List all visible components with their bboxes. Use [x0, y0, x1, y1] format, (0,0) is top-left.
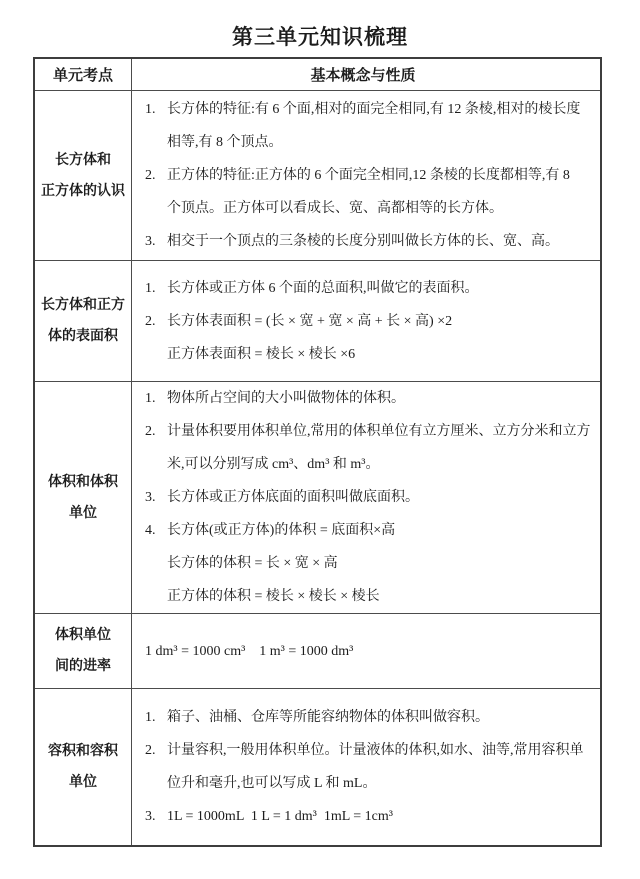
content-line: 1.箱子、油桶、仓库等所能容纳物体的体积叫做容积。 — [145, 701, 594, 734]
line-text: 长方体或正方体 6 个面的总面积,叫做它的表面积。 — [167, 281, 479, 296]
topic-line: 正方体的认识 — [41, 176, 125, 207]
page-title: 第三单元知识梳理 — [0, 0, 640, 50]
content-line: 个顶点。正方体可以看成长、宽、高都相等的长方体。 — [145, 192, 594, 225]
line-marker: 1. — [145, 93, 167, 126]
content-line: 2.计量容积,一般用体积单位。计量液体的体积,如水、油等,常用容积单 — [145, 734, 594, 767]
content-cell: 1.长方体或正方体 6 个面的总面积,叫做它的表面积。 2.长方体表面积 = (… — [132, 261, 600, 381]
content-line: 1 dm³ = 1000 cm³ 1 m³ = 1000 dm³ — [145, 635, 594, 668]
line-marker: 1. — [145, 272, 167, 305]
line-marker: 3. — [145, 481, 167, 514]
table-row: 容积和容积 单位 1.箱子、油桶、仓库等所能容纳物体的体积叫做容积。 2.计量容… — [35, 688, 600, 845]
line-marker: 2. — [145, 159, 167, 192]
content-line: 3.长方体或正方体底面的面积叫做底面积。 — [145, 481, 594, 514]
line-marker: 2. — [145, 415, 167, 448]
table-header-row: 单元考点 基本概念与性质 — [35, 59, 600, 90]
topic-line: 单位 — [69, 767, 97, 798]
line-text: 正方体表面积 = 棱长 × 棱长 ×6 — [167, 347, 355, 362]
line-text: 正方体的特征:正方体的 6 个面完全相同,12 条棱的长度都相等,有 8 — [167, 168, 570, 183]
line-marker: 1. — [145, 382, 167, 415]
line-marker: 2. — [145, 305, 167, 338]
content-line: 长方体的体积 = 长 × 宽 × 高 — [145, 547, 594, 580]
line-text: 长方体表面积 = (长 × 宽 + 宽 × 高 + 长 × 高) ×2 — [167, 314, 452, 329]
header-cell-topic: 单元考点 — [35, 59, 132, 90]
line-marker: 2. — [145, 734, 167, 767]
content-line: 2.计量体积要用体积单位,常用的体积单位有立方厘米、立方分米和立方 — [145, 415, 594, 448]
line-text: 相等,有 8 个顶点。 — [167, 135, 283, 150]
topic-line: 体积和体积 — [48, 467, 118, 498]
line-marker: 3. — [145, 225, 167, 258]
line-text: 长方体的特征:有 6 个面,相对的面完全相同,有 12 条棱,相对的棱长度 — [167, 102, 580, 117]
content-line: 3.相交于一个顶点的三条棱的长度分别叫做长方体的长、宽、高。 — [145, 225, 594, 258]
topic-line: 间的进率 — [55, 651, 111, 682]
content-line: 正方体表面积 = 棱长 × 棱长 ×6 — [145, 338, 594, 371]
content-cell: 1 dm³ = 1000 cm³ 1 m³ = 1000 dm³ — [132, 614, 600, 688]
topic-line: 容积和容积 — [48, 736, 118, 767]
line-text: 1 dm³ = 1000 cm³ 1 m³ = 1000 dm³ — [145, 644, 353, 659]
content-line: 米,可以分别写成 cm³、dm³ 和 m³。 — [145, 448, 594, 481]
line-text: 正方体的体积 = 棱长 × 棱长 × 棱长 — [167, 589, 380, 604]
content-cell: 1.长方体的特征:有 6 个面,相对的面完全相同,有 12 条棱,相对的棱长度 … — [132, 91, 600, 260]
content-line: 1.长方体的特征:有 6 个面,相对的面完全相同,有 12 条棱,相对的棱长度 — [145, 93, 594, 126]
line-text: 1L = 1000mL 1 L = 1 dm³ 1mL = 1cm³ — [167, 809, 393, 824]
knowledge-table: 单元考点 基本概念与性质 长方体和 正方体的认识 1.长方体的特征:有 6 个面… — [33, 57, 602, 847]
table-row: 长方体和正方 体的表面积 1.长方体或正方体 6 个面的总面积,叫做它的表面积。… — [35, 260, 600, 381]
topic-line: 体的表面积 — [48, 321, 118, 352]
topic-cell: 体积单位 间的进率 — [35, 614, 132, 688]
line-text: 计量体积要用体积单位,常用的体积单位有立方厘米、立方分米和立方 — [167, 424, 591, 439]
topic-cell: 长方体和 正方体的认识 — [35, 91, 132, 260]
content-line: 1.长方体或正方体 6 个面的总面积,叫做它的表面积。 — [145, 272, 594, 305]
content-line: 1.物体所占空间的大小叫做物体的体积。 — [145, 382, 594, 415]
line-text: 米,可以分别写成 cm³、dm³ 和 m³。 — [167, 457, 379, 472]
table-row: 长方体和 正方体的认识 1.长方体的特征:有 6 个面,相对的面完全相同,有 1… — [35, 90, 600, 260]
topic-line: 长方体和 — [55, 145, 111, 176]
content-cell: 1.物体所占空间的大小叫做物体的体积。 2.计量体积要用体积单位,常用的体积单位… — [132, 382, 600, 613]
content-line: 正方体的体积 = 棱长 × 棱长 × 棱长 — [145, 580, 594, 613]
line-text: 长方体(或正方体)的体积 = 底面积×高 — [167, 523, 395, 538]
topic-cell: 容积和容积 单位 — [35, 689, 132, 845]
content-line: 相等,有 8 个顶点。 — [145, 126, 594, 159]
table-row: 体积和体积 单位 1.物体所占空间的大小叫做物体的体积。 2.计量体积要用体积单… — [35, 381, 600, 613]
line-text: 物体所占空间的大小叫做物体的体积。 — [167, 391, 405, 406]
topic-cell: 体积和体积 单位 — [35, 382, 132, 613]
line-marker: 3. — [145, 800, 167, 833]
header-cell-content: 基本概念与性质 — [132, 59, 600, 90]
content-line: 位升和毫升,也可以写成 L 和 mL。 — [145, 767, 594, 800]
line-marker: 1. — [145, 701, 167, 734]
content-line: 2.正方体的特征:正方体的 6 个面完全相同,12 条棱的长度都相等,有 8 — [145, 159, 594, 192]
topic-line: 单位 — [69, 498, 97, 529]
topic-line: 长方体和正方 — [41, 290, 125, 321]
document-page: 第三单元知识梳理 单元考点 基本概念与性质 长方体和 正方体的认识 1.长方体的… — [0, 0, 640, 879]
line-text: 长方体或正方体底面的面积叫做底面积。 — [167, 490, 419, 505]
content-line: 4.长方体(或正方体)的体积 = 底面积×高 — [145, 514, 594, 547]
topic-cell: 长方体和正方 体的表面积 — [35, 261, 132, 381]
content-cell: 1.箱子、油桶、仓库等所能容纳物体的体积叫做容积。 2.计量容积,一般用体积单位… — [132, 689, 600, 845]
line-text: 箱子、油桶、仓库等所能容纳物体的体积叫做容积。 — [167, 710, 489, 725]
line-text: 位升和毫升,也可以写成 L 和 mL。 — [167, 776, 376, 791]
line-text: 计量容积,一般用体积单位。计量液体的体积,如水、油等,常用容积单 — [167, 743, 584, 758]
table-row: 体积单位 间的进率 1 dm³ = 1000 cm³ 1 m³ = 1000 d… — [35, 613, 600, 688]
line-text: 长方体的体积 = 长 × 宽 × 高 — [167, 556, 338, 571]
line-text: 个顶点。正方体可以看成长、宽、高都相等的长方体。 — [167, 201, 503, 216]
topic-line: 体积单位 — [55, 620, 111, 651]
line-marker: 4. — [145, 514, 167, 547]
content-line: 3.1L = 1000mL 1 L = 1 dm³ 1mL = 1cm³ — [145, 800, 594, 833]
content-line: 2.长方体表面积 = (长 × 宽 + 宽 × 高 + 长 × 高) ×2 — [145, 305, 594, 338]
line-text: 相交于一个顶点的三条棱的长度分别叫做长方体的长、宽、高。 — [167, 234, 559, 249]
